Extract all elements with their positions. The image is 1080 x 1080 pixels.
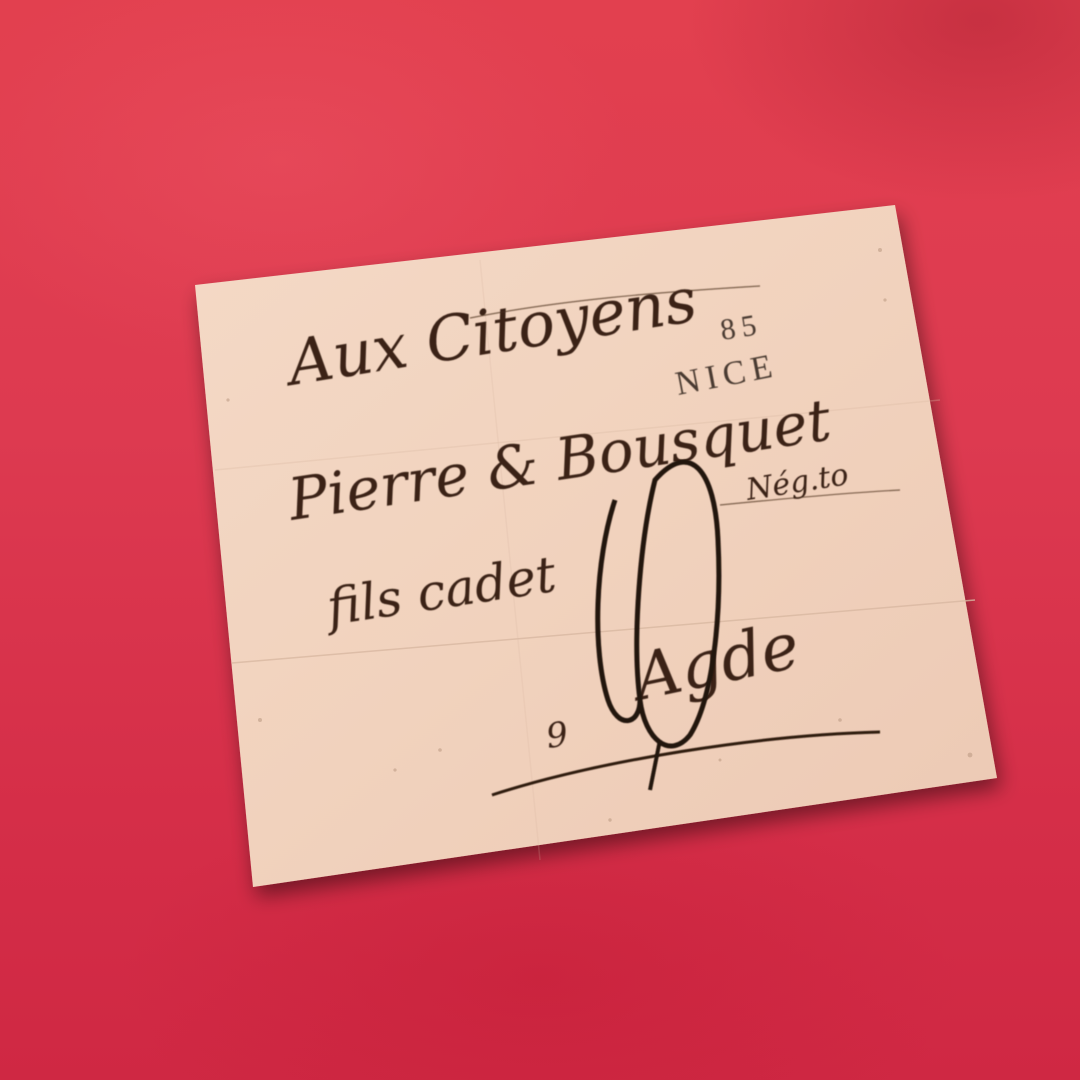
postage-due-value: 60 — [0, 0, 2, 1]
photo-scene: 85 NICE Aux Citoyens Pierre & Bousquet f… — [0, 0, 1080, 1080]
letter-photo: 85 NICE Aux Citoyens Pierre & Bousquet f… — [0, 0, 1080, 1080]
postmark-department-number: 85 — [718, 308, 765, 347]
